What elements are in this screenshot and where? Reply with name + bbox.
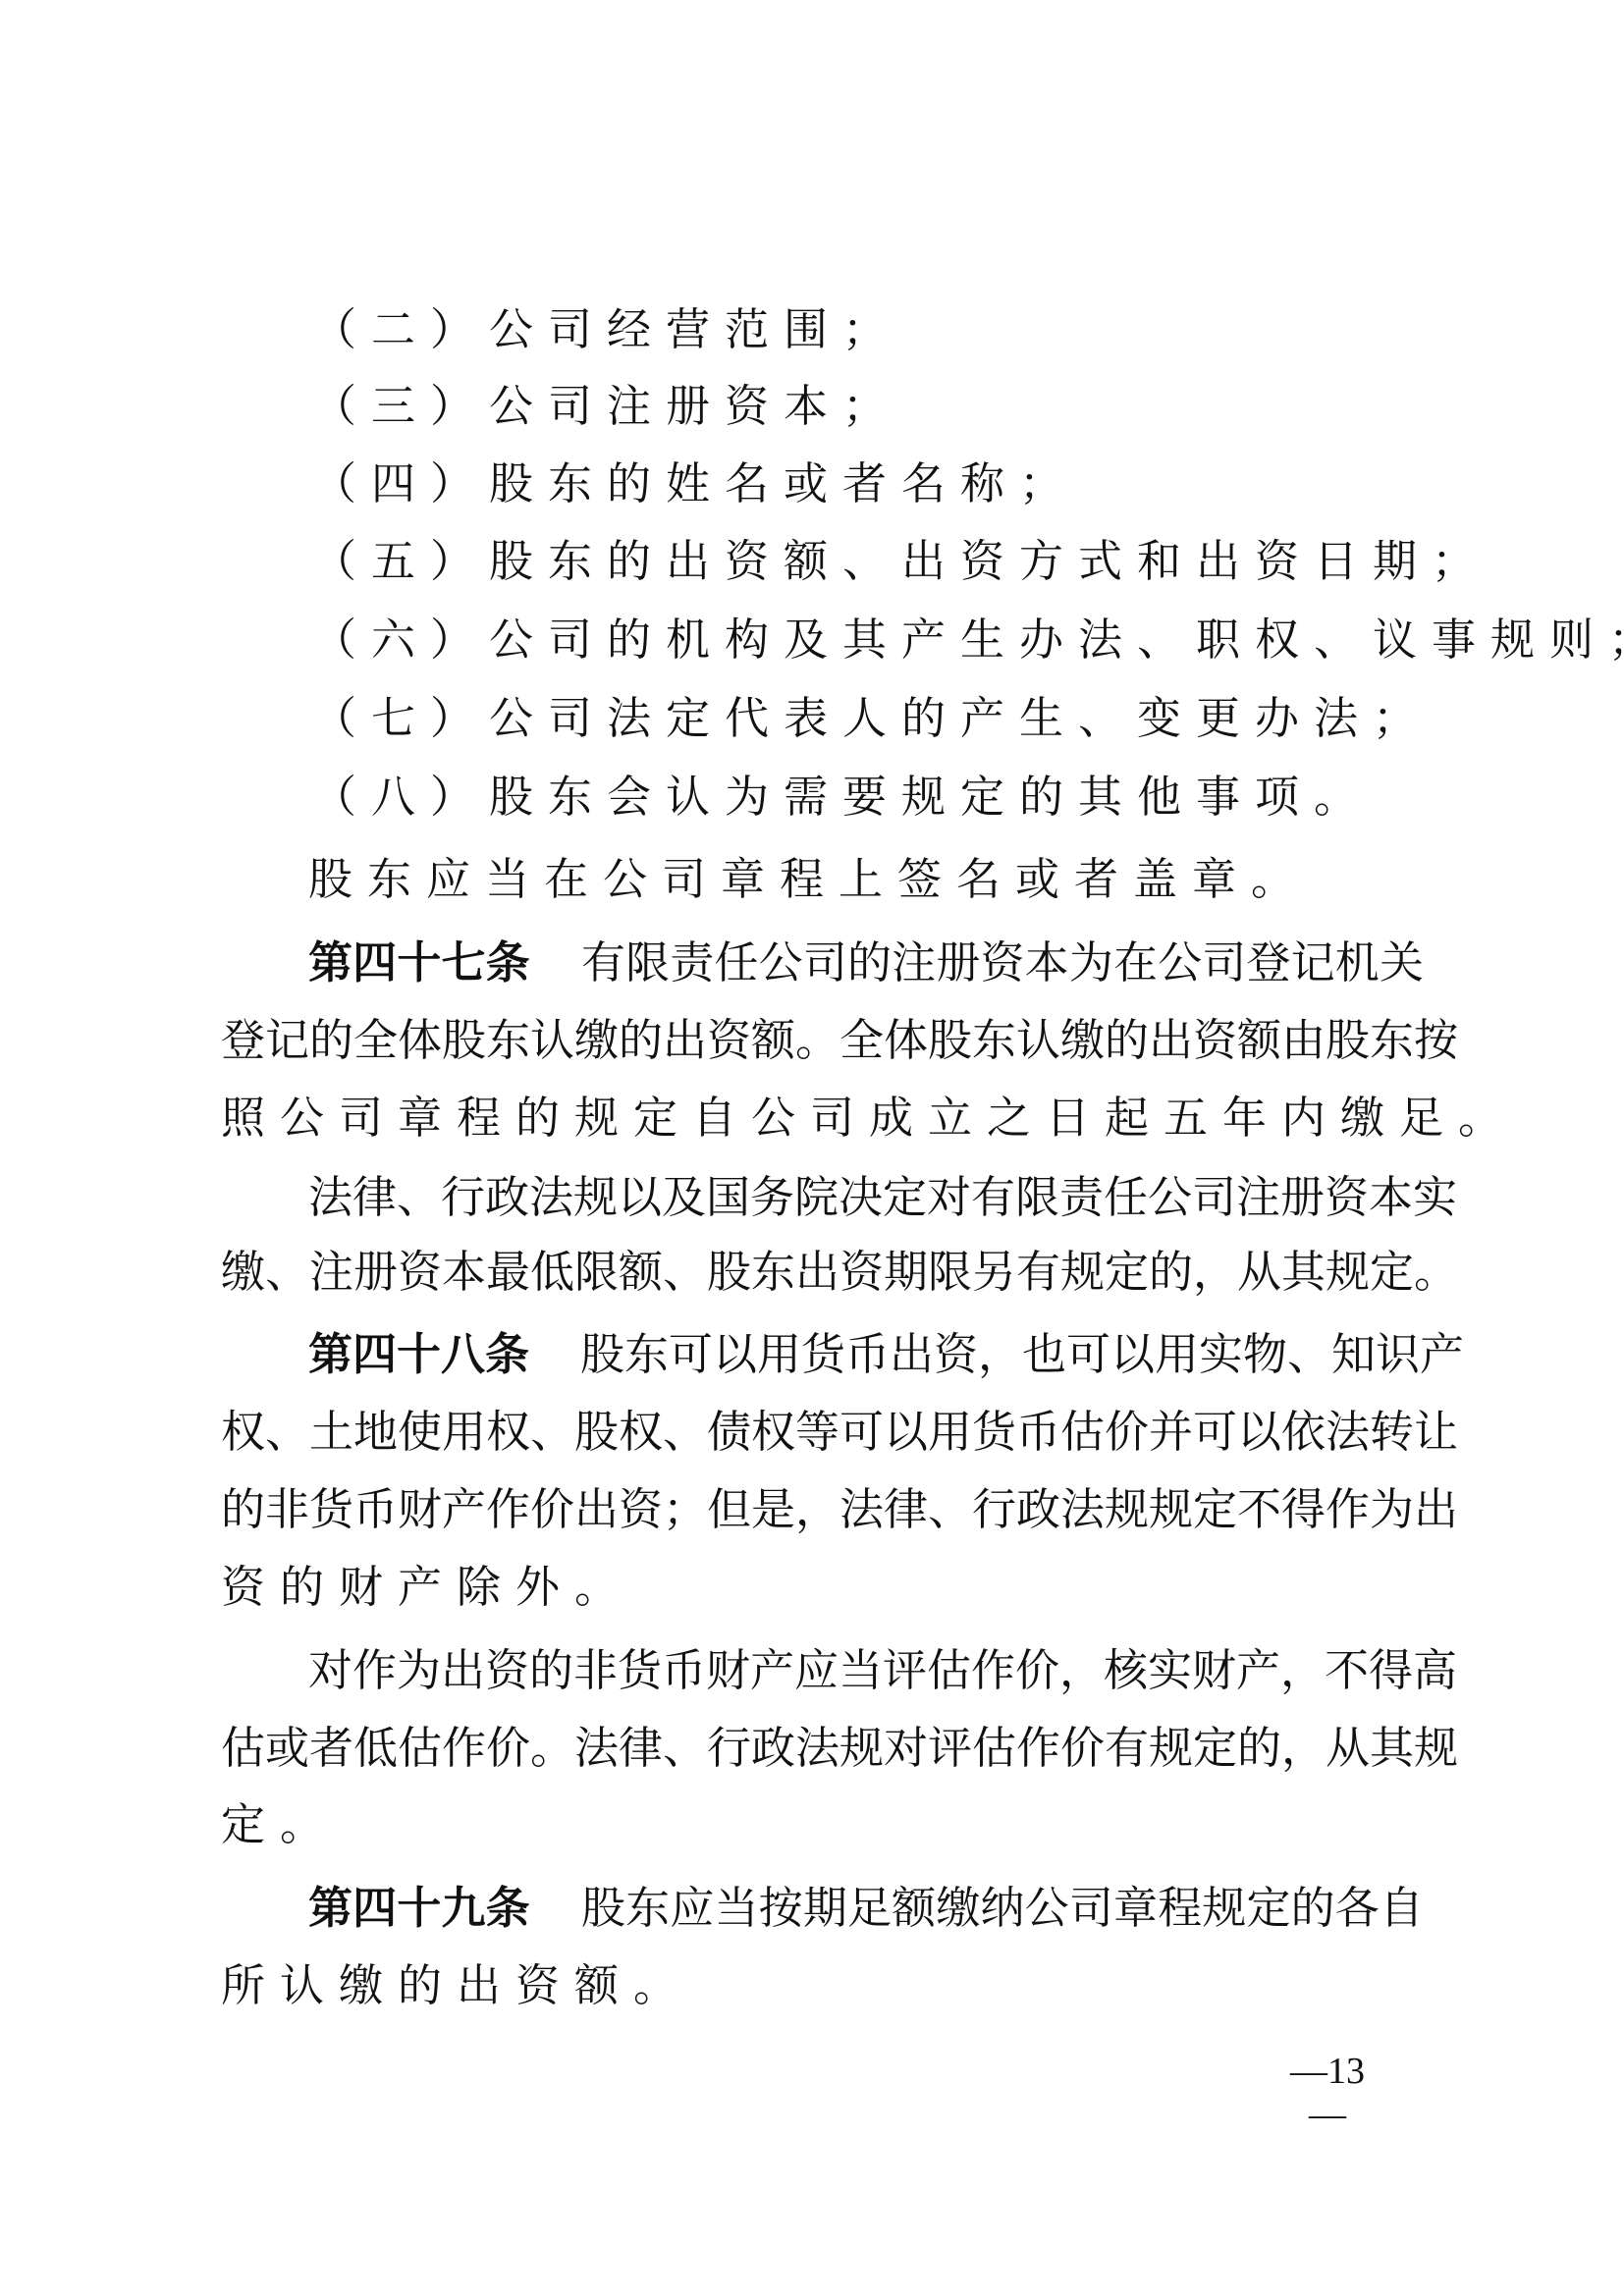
signature-sentence: 股东应当在公司章程上签名或者盖章。 [308, 850, 1424, 909]
article-48-first-line: 第四十八条股东可以用货币出资，也可以用实物、知识产 [308, 1325, 1424, 1384]
article-49-text: 股东应当按期足额缴纳公司章程规定的各自 [581, 1882, 1424, 1934]
list-item: （二）公司经营范围； [312, 300, 1424, 359]
body-line: 照公司章程的规定自公司成立之日起五年内缴足。 [221, 1089, 1424, 1148]
list-item: （八）股东会认为需要规定的其他事项。 [312, 768, 1424, 827]
list-item: （六）公司的机构及其产生办法、职权、议事规则； [312, 611, 1424, 669]
body-line: 缴、注册资本最低限额、股东出资期限另有规定的，从其规定。 [221, 1243, 1424, 1302]
body-line: 权、土地使用权、股权、债权等可以用货币估价并可以依法转让 [221, 1403, 1424, 1462]
article-49-heading: 第四十九条 [308, 1882, 530, 1934]
page-number: —13— [1272, 2050, 1382, 2093]
list-item: （三）公司注册资本； [312, 377, 1424, 436]
body-line: 的非货币财产作价出资；但是，法律、行政法规规定不得作为出 [221, 1480, 1424, 1539]
list-item: （四）股东的姓名或者名称； [312, 454, 1424, 513]
article-47-heading: 第四十七条 [308, 936, 530, 988]
body-line: 法律、行政法规以及国务院决定对有限责任公司注册资本实 [308, 1168, 1424, 1227]
body-line: 所认缴的出资额。 [221, 1956, 1424, 2015]
body-line: 定。 [221, 1795, 1424, 1854]
body-line: 登记的全体股东认缴的出资额。全体股东认缴的出资额由股东按 [221, 1011, 1424, 1070]
body-line: 估或者低估作价。法律、行政法规对评估作价有规定的，从其规 [221, 1719, 1424, 1778]
body-line: 资的财产除外。 [221, 1558, 1424, 1617]
list-item: （五）股东的出资额、出资方式和出资日期； [312, 532, 1424, 591]
document-page: （二）公司经营范围； （三）公司注册资本； （四）股东的姓名或者名称； （五）股… [0, 0, 1624, 2296]
body-line: 对作为出资的非货币财产应当评估作价，核实财产，不得高 [308, 1641, 1424, 1700]
list-item: （七）公司法定代表人的产生、变更办法； [312, 689, 1424, 748]
article-49-first-line: 第四十九条股东应当按期足额缴纳公司章程规定的各自 [308, 1879, 1424, 1938]
article-47-text: 有限责任公司的注册资本为在公司登记机关 [581, 936, 1424, 988]
article-48-text: 股东可以用货币出资，也可以用实物、知识产 [580, 1328, 1464, 1380]
article-48-heading: 第四十八条 [308, 1328, 529, 1380]
article-47-first-line: 第四十七条有限责任公司的注册资本为在公司登记机关 [308, 934, 1424, 992]
